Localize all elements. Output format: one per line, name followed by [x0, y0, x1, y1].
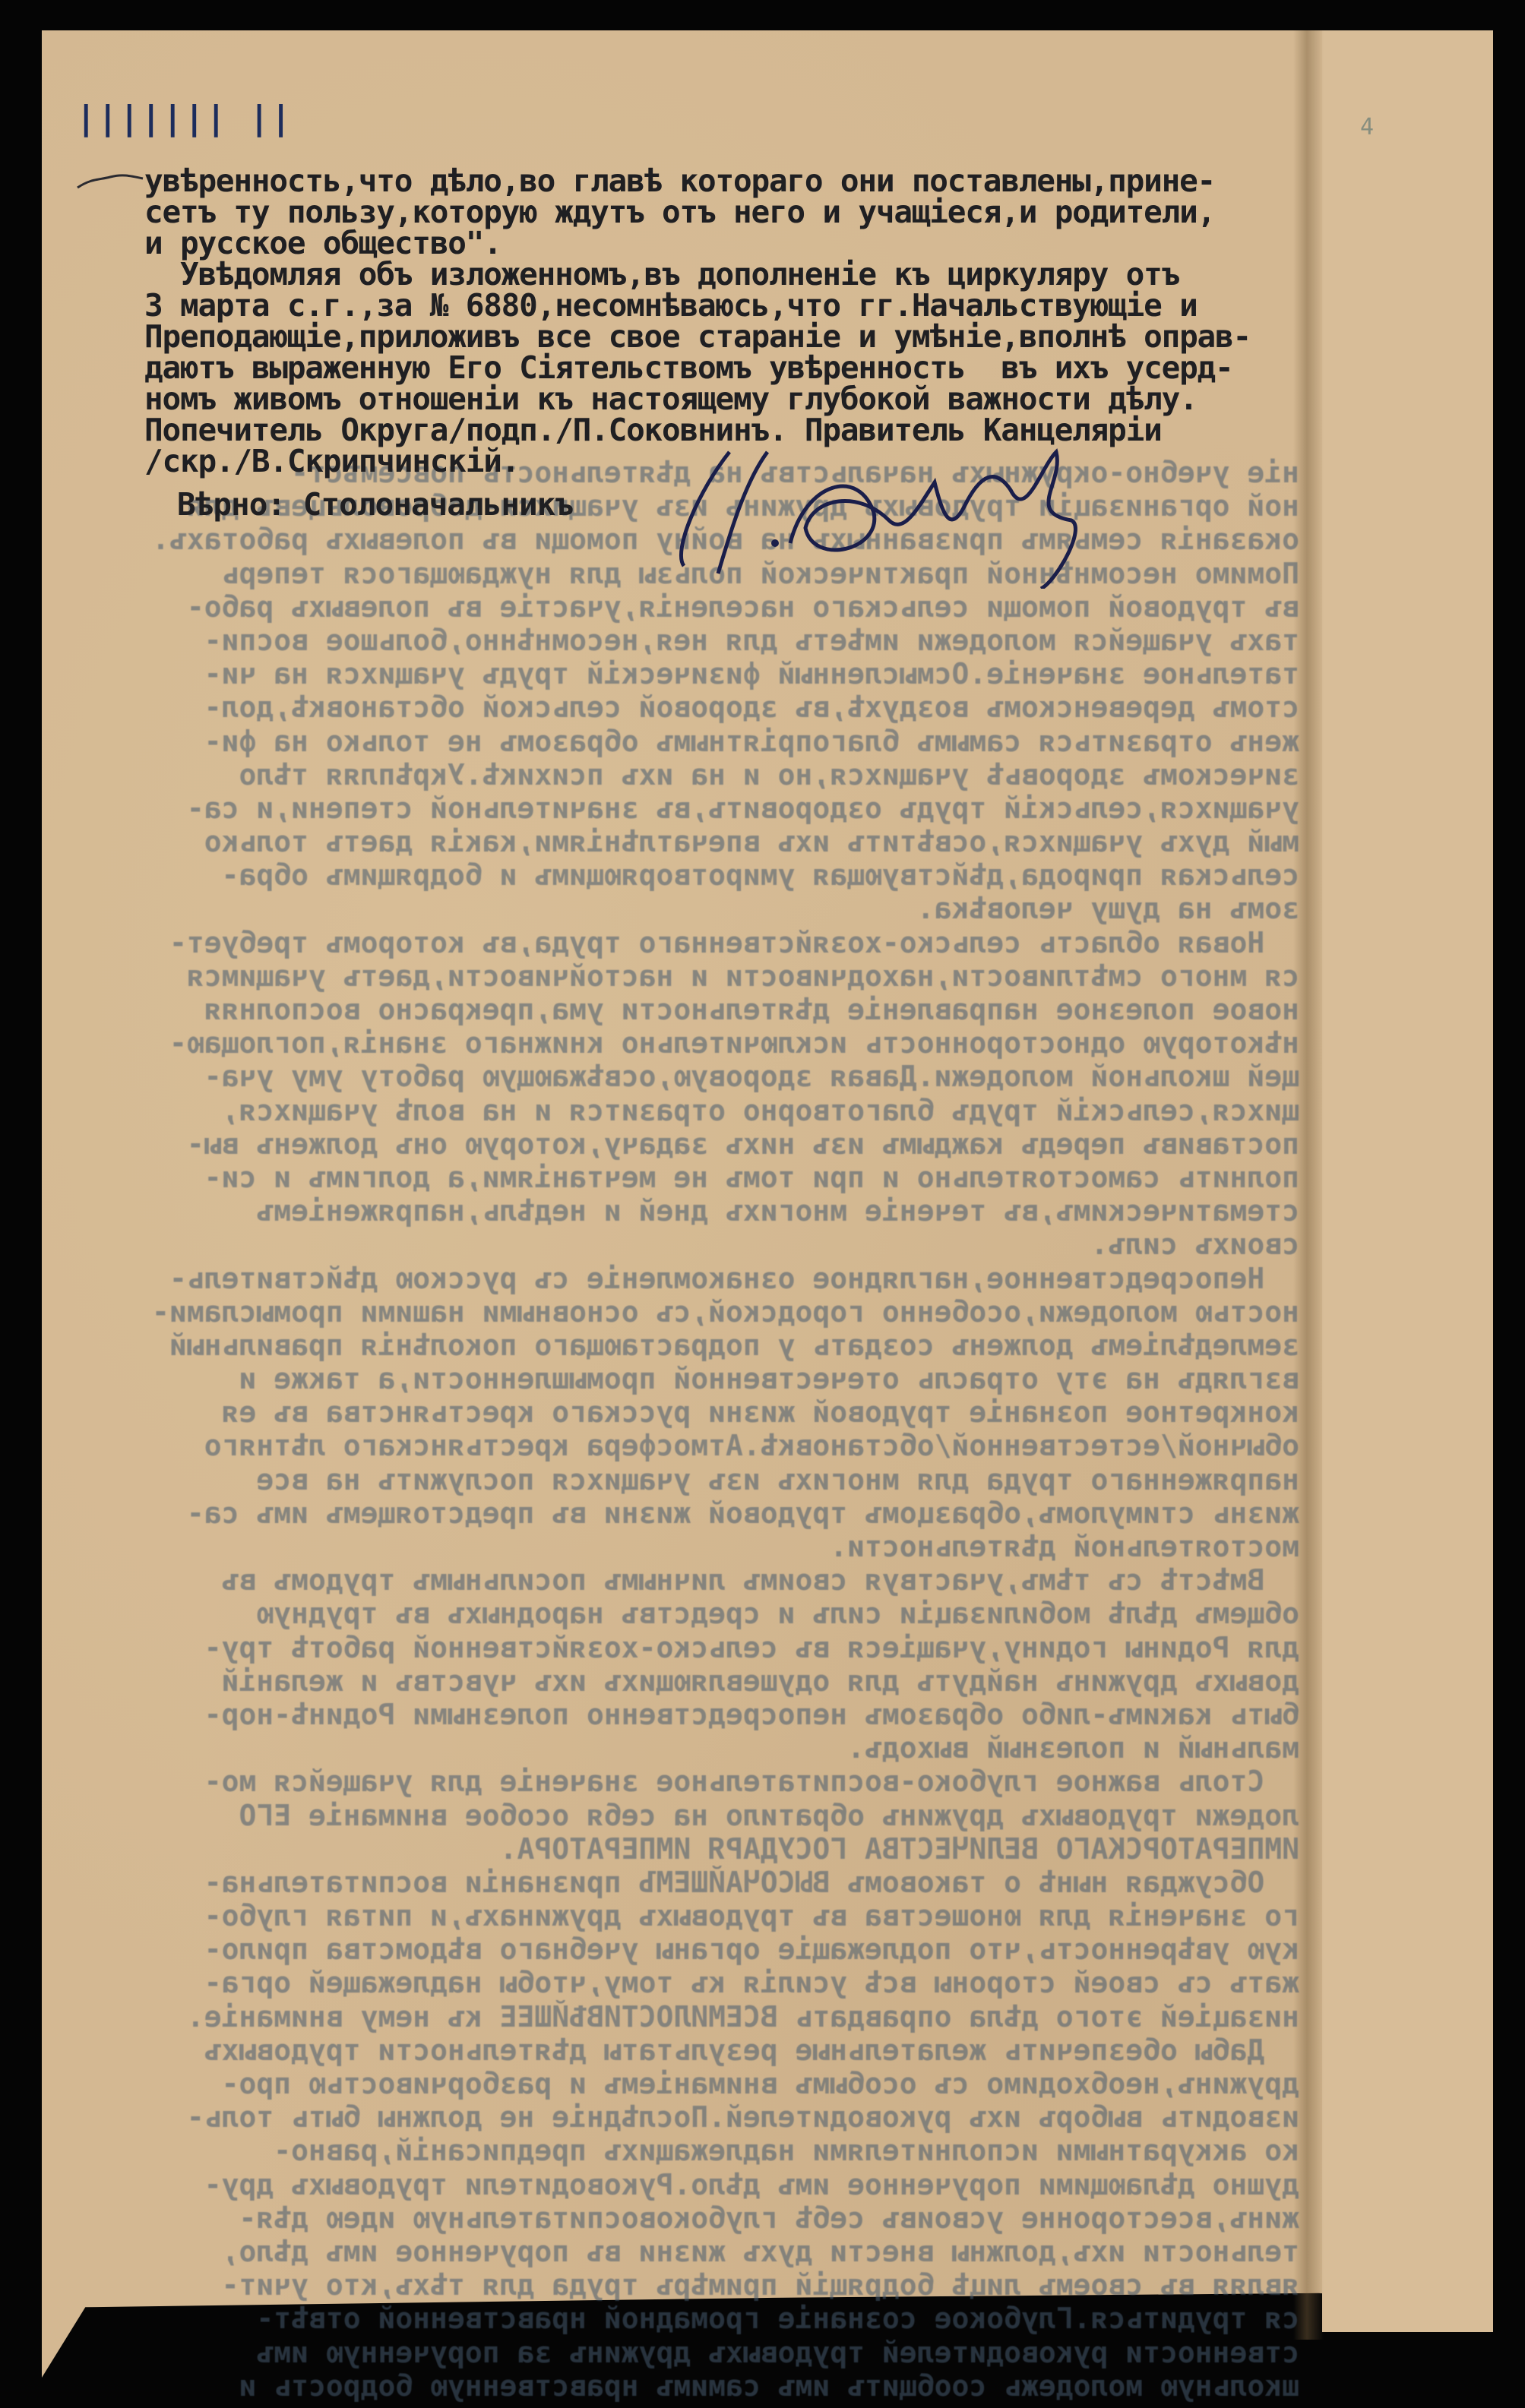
bleed-through-line: зическомъ здоровьѣ учащихся,но и на ихъ … [114, 758, 1299, 792]
bleed-through-text: ніе учебно-окружныхъ начальствъ на дѣяте… [114, 456, 1299, 2403]
bleed-through-line: новое полезное направленіе дѣятельности … [114, 993, 1299, 1026]
typed-line: увѣренность,что дѣло,во главѣ котораго о… [144, 166, 1330, 197]
bleed-through-line: стематическимъ,въ теченіе многихъ дней и… [114, 1194, 1299, 1228]
bleed-through-line: стомъ деревенскомъ воздухѣ,въ здоровой с… [114, 690, 1299, 724]
bleed-through-line: тахъ учащейся молодежи имѣетъ для нея,не… [114, 624, 1299, 657]
bleed-through-line: школьную молодежь сообщитъ имъ самимъ нр… [114, 2369, 1299, 2403]
bleed-through-line: сельская природа,дѣйствующая умиротворяю… [114, 858, 1299, 892]
bleed-through-line: обычной/естественной/обстановкѣ.Атмосфер… [114, 1429, 1299, 1462]
bleed-through-line: полнить самостоятельно и при томъ не меч… [114, 1161, 1299, 1194]
bleed-through-line: зомъ на душу человѣка. [114, 892, 1299, 925]
bleed-through-line: Вмѣстѣ съ тѣмъ,участвуя своимъ личнымъ п… [114, 1563, 1299, 1597]
typed-line: Увѣдомляя объ изложенномъ,въ дополненіе … [144, 259, 1330, 290]
bleed-through-line: ся трудиться.Глубокое сознаніе громадной… [114, 2302, 1299, 2335]
folded-right-strip [1322, 30, 1493, 2332]
handwritten-signature [631, 437, 1117, 589]
bleed-through-line: для Родины годину,учащіеся въ сельско-хо… [114, 1631, 1299, 1664]
bleed-through-line: Новая область сельско-хозяйственнаго тру… [114, 926, 1299, 959]
bleed-through-line: лодежи трудовыхъ дружинъ обратило на себ… [114, 1799, 1299, 1832]
bleed-through-line: мальный и полезный выходъ. [114, 1731, 1299, 1765]
typed-line: Преподающіе,приложивъ все свое стараніе … [144, 321, 1330, 352]
bleed-through-line: жатъ съ своей стороны всѣ усилія къ тому… [114, 1966, 1299, 1999]
attestation-line: Вѣрно: Столоначальникъ [177, 486, 573, 523]
bleed-through-line: конкретное познаніе трудовой жизни русск… [114, 1395, 1299, 1429]
bleed-through-line: общемъ дѣлѣ мобилизаціи силъ и средствъ … [114, 1597, 1299, 1630]
typed-line: даютъ выраженную Его Сіятельствомъ увѣре… [144, 352, 1330, 384]
bleed-through-line: тельности ихъ,должны внести духъ жизни в… [114, 2235, 1299, 2268]
margin-squiggle-icon [76, 171, 144, 194]
bleed-through-line: ся много смѣтливости,находчивости и наст… [114, 959, 1299, 993]
bleed-through-line: мостоятельной дѣятельности. [114, 1530, 1299, 1563]
bleed-through-line: быть какимъ-либо образомъ непосредственн… [114, 1698, 1299, 1731]
typed-line: номъ живомъ отношеніи къ настоящему глуб… [144, 384, 1330, 415]
bleed-through-line: ностью молодежи,особенно городской,съ ос… [114, 1295, 1299, 1329]
bleed-through-line: щей школьной молодежи.Давая здоровую,осв… [114, 1060, 1299, 1093]
bleed-through-line: Дабы обезпечить желательные результаты д… [114, 2034, 1299, 2067]
bleed-through-line: щихся,сельскій трудъ благотворно отразит… [114, 1094, 1299, 1127]
bleed-through-line: довыхъ дружинъ найдутъ для одушевляющихъ… [114, 1664, 1299, 1698]
bleed-through-line: нѣкоторую односторонность исключительно … [114, 1026, 1299, 1060]
bleed-through-line: Непосредственное,наглядное ознакомленіе … [114, 1262, 1299, 1295]
bleed-through-line: ко аккуратными исполнителями надлежащихъ… [114, 2134, 1299, 2167]
bleed-through-line: женъ отразиться самымъ благопріятнымъ об… [114, 725, 1299, 758]
typed-letter-text: увѣренность,что дѣло,во главѣ котораго о… [144, 166, 1330, 477]
bleed-through-line: напряженнаго труда для многихъ изъ учащи… [114, 1463, 1299, 1496]
typed-line: 3 марта с.г.,за № 6880,несомнѣваюсь,что … [144, 290, 1330, 321]
typed-line: и русское общество". [144, 228, 1330, 259]
bleed-through-line: низаціей этого дѣла оправдать ВСЕМИЛОСТИ… [114, 2000, 1299, 2034]
bleed-through-line: въ трудовой помощи сельскаго населенія,у… [114, 590, 1299, 624]
bleed-through-line: взглядъ на эту отрасль отечественной про… [114, 1362, 1299, 1395]
faint-page-number: 4 [1360, 114, 1374, 141]
bleed-through-line: поставивъ передъ каждымъ изъ нихъ задачу… [114, 1127, 1299, 1161]
bleed-through-line: изводить выборъ ихъ руководителей.Послѣд… [114, 2100, 1299, 2134]
bleed-through-line: тательное значеніе.Осмысленный физическі… [114, 657, 1299, 690]
bleed-through-line: своихъ силъ. [114, 1228, 1299, 1261]
bleed-through-line: Обсуждая нынѣ о таковомъ ВЫСОЧАЙШЕМЪ при… [114, 1866, 1299, 1899]
typed-line: сетъ ту пользу,которую ждутъ отъ него и … [144, 197, 1330, 228]
bleed-through-line: го значенія для юношества въ трудовыхъ д… [114, 1899, 1299, 1932]
bleed-through-line: ИМПЕРАТОРСКАГО ВЕЛИЧЕСТВА ГОСУДАРЯ ИМПЕР… [114, 1832, 1299, 1866]
bleed-through-line: жинъ,всесторонне усвоивъ себѣ глубоковос… [114, 2201, 1299, 2235]
bleed-through-line: Столь важное глубоко-воспитательное знач… [114, 1765, 1299, 1798]
bleed-through-line: земледѣліемъ долженъ создать у подрастаю… [114, 1329, 1299, 1362]
bleed-through-line: учащихся,сельскій трудъ оздоровитъ,въ зн… [114, 792, 1299, 825]
bleed-through-line: душно дѣлающими порученное имъ дѣло.Руко… [114, 2168, 1299, 2201]
bleed-through-line: являя въ своемъ лицѣ бодрящій примѣръ тр… [114, 2268, 1299, 2302]
margin-marks: ||||||| || [76, 99, 293, 137]
bleed-through-line: жизнь стимуломъ,образцомъ трудовой жизни… [114, 1496, 1299, 1530]
bleed-through-line: мый духъ учащихся,освѣтитъ ихъ впечатлѣн… [114, 825, 1299, 858]
bleed-through-line: дружинъ,необходимо съ особымъ вниманіемъ… [114, 2067, 1299, 2100]
bleed-through-line: ственности руководителей трудовыхъ дружи… [114, 2336, 1299, 2369]
bleed-through-line: кую увѣренность,что подлежащіе органы уч… [114, 1932, 1299, 1966]
